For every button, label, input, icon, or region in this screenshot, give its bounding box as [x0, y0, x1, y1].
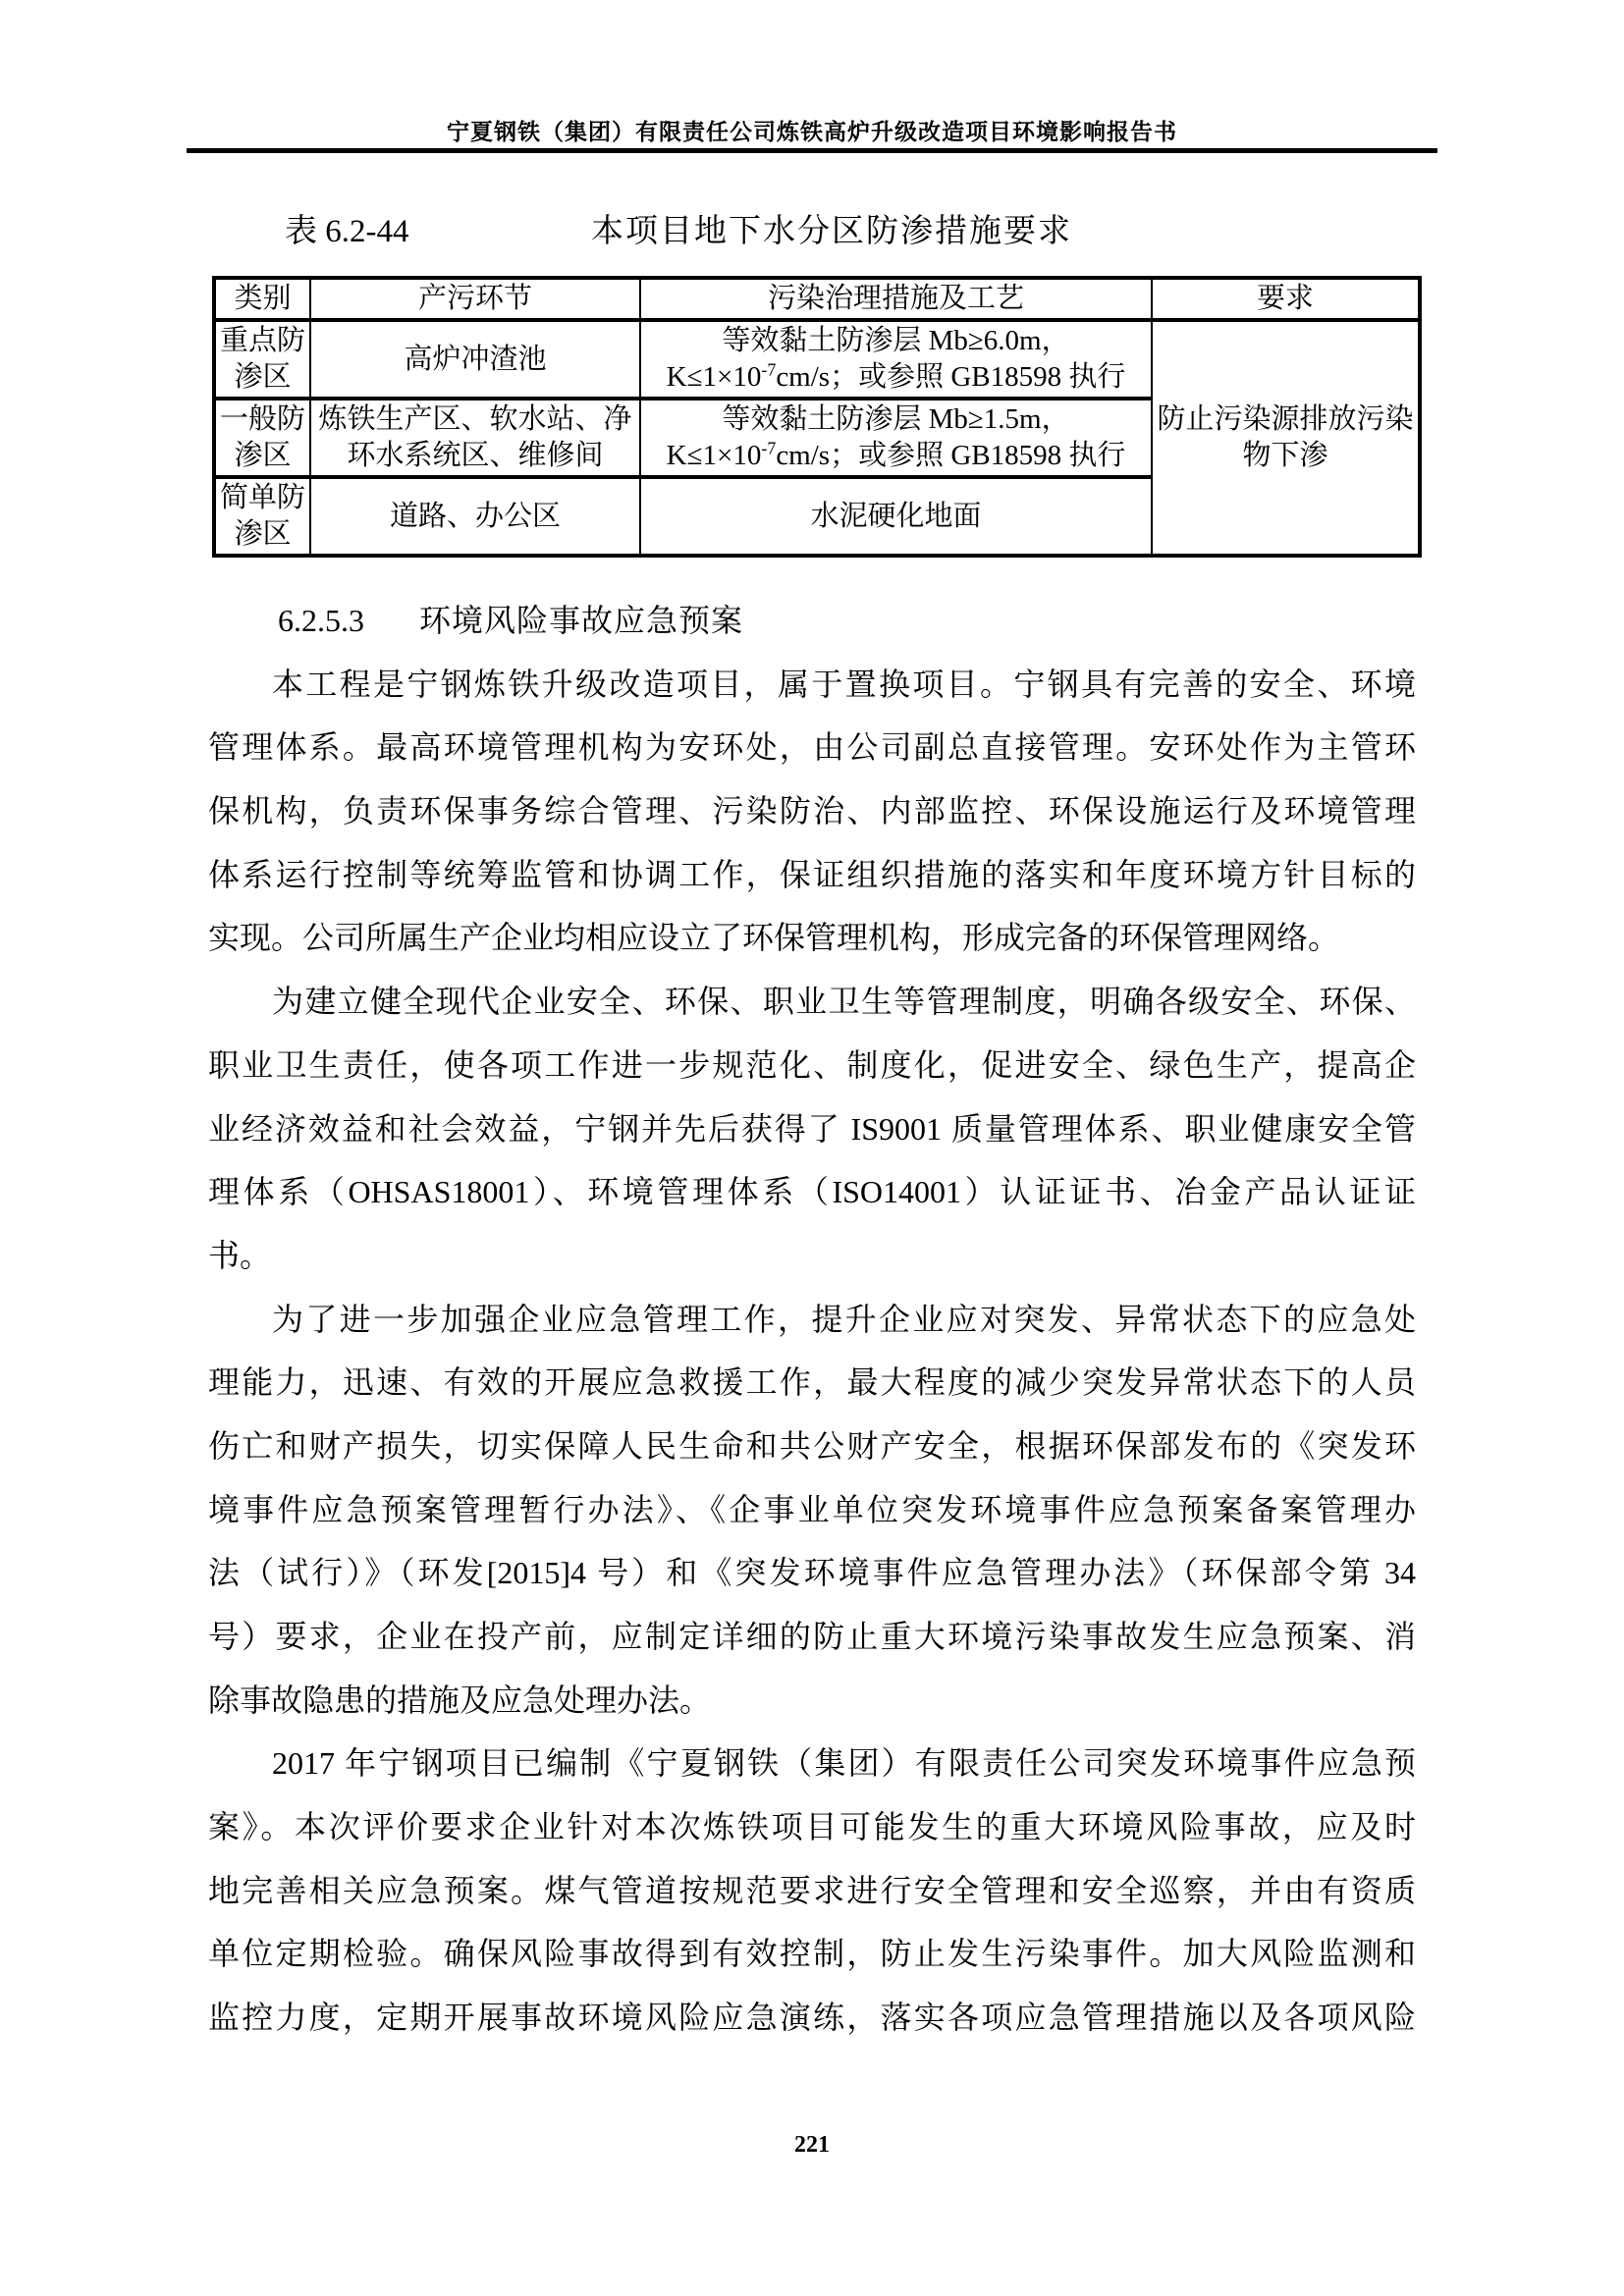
paragraph-line: 体系运行控制等统筹监管和协调工作，保证组织措施的落实和年度环境方针目标的 [208, 843, 1416, 907]
cell-source: 道路、办公区 [310, 477, 640, 556]
header-rule [187, 148, 1437, 153]
cell-measure: 等效黏土防渗层 Mb≥6.0m， K≤1×10-7cm/s；或参照 GB1859… [640, 320, 1152, 399]
table-caption-label: 表 6.2-44 [285, 210, 409, 253]
table-header-category: 类别 [214, 278, 310, 320]
k-value-suffix: cm/s；或参照 GB18598 执行 [776, 440, 1125, 471]
paragraph-line: 实现。公司所属生产企业均相应设立了环保管理机构，形成完备的环保管理网络。 [208, 906, 1416, 970]
cell-measure: 水泥硬化地面 [640, 477, 1152, 556]
measure-line2: K≤1×10-7cm/s；或参照 GB18598 执行 [645, 438, 1147, 474]
paragraph-line: 除事故隐患的措施及应急处理办法。 [208, 1669, 1416, 1733]
paragraph-line: 法（试行）》（环发[2015]4 号）和《突发环境事件应急管理办法》（环保部令第… [208, 1541, 1416, 1605]
paragraph-line: 本工程是宁钢炼铁升级改造项目，属于置换项目。宁钢具有完善的安全、环境 [208, 653, 1416, 717]
paragraph-line: 理能力，迅速、有效的开展应急救援工作，最大程度的减少突发异常状态下的人员 [208, 1351, 1416, 1415]
paragraph-line: 为建立健全现代企业安全、环保、职业卫生等管理制度，明确各级安全、环保、 [208, 970, 1416, 1034]
table-row-key-zone: 重点防渗区 高炉冲渣池 等效黏土防渗层 Mb≥6.0m， K≤1×10-7cm/… [214, 320, 1420, 399]
cell-category: 重点防渗区 [214, 320, 310, 399]
k-exponent: -7 [761, 438, 776, 457]
k-value-prefix: K≤1×10 [667, 440, 762, 471]
measure-line1: 等效黏土防渗层 Mb≥1.5m， [645, 401, 1147, 438]
paragraph-line: 单位定期检验。确保风险事故得到有效控制，防止发生污染事件。加大风险监测和 [208, 1922, 1416, 1986]
cell-source: 炼铁生产区、软水站、净环水系统区、维修间 [310, 399, 640, 477]
paragraph-line: 职业卫生责任，使各项工作进一步规范化、制度化，促进安全、绿色生产，提高企 [208, 1034, 1416, 1097]
paragraph-line: 管理体系。最高环境管理机构为安环处，由公司副总直接管理。安环处作为主管环 [208, 716, 1416, 779]
k-value-prefix: K≤1×10 [667, 361, 762, 393]
k-exponent: -7 [761, 359, 776, 379]
page-number: 221 [0, 2132, 1624, 2159]
k-value-suffix: cm/s；或参照 GB18598 执行 [776, 361, 1125, 393]
cell-category: 一般防渗区 [214, 399, 310, 477]
paragraph-line: 2017 年宁钢项目已编制《宁夏钢铁（集团）有限责任公司突发环境事件应急预 [208, 1732, 1416, 1795]
paragraph-line: 保机构，负责环保事务综合管理、污染防治、内部监控、环保设施运行及环境管理 [208, 779, 1416, 843]
paragraph-line: 案》。本次评价要求企业针对本次炼铁项目可能发生的重大环境风险事故，应及时 [208, 1795, 1416, 1859]
seepage-measures-table: 类别 产污环节 污染治理措施及工艺 要求 重点防渗区 高炉冲渣池 等效黏土防渗层… [212, 276, 1422, 558]
cell-source: 高炉冲渣池 [310, 320, 640, 399]
paragraph-line: 伤亡和财产损失，切实保障人民生命和共公财产安全，根据环保部发布的《突发环 [208, 1415, 1416, 1478]
measure-line1: 水泥硬化地面 [645, 499, 1147, 535]
paragraph-line: 境事件应急预案管理暂行办法》、《企事业单位突发环境事件应急预案备案管理办 [208, 1478, 1416, 1542]
paragraph-line: 为了进一步加强企业应急管理工作，提升企业应对突发、异常状态下的应急处 [208, 1288, 1416, 1352]
table-header-row: 类别 产污环节 污染治理措施及工艺 要求 [214, 278, 1420, 320]
paragraph-line: 理体系（OHSAS18001）、环境管理体系（ISO14001）认证证书、冶金产… [208, 1160, 1416, 1224]
paragraph-line: 地完善相关应急预案。煤气管道按规范要求进行安全管理和安全巡察，并由有资质 [208, 1859, 1416, 1923]
table-header-source: 产污环节 [310, 278, 640, 320]
cell-measure: 等效黏土防渗层 Mb≥1.5m， K≤1×10-7cm/s；或参照 GB1859… [640, 399, 1152, 477]
measure-line2: K≤1×10-7cm/s；或参照 GB18598 执行 [645, 359, 1147, 396]
cell-category: 简单防渗区 [214, 477, 310, 556]
paragraph-line: 号）要求，企业在投产前，应制定详细的防止重大环境污染事故发生应急预案、消 [208, 1605, 1416, 1669]
table-caption-title: 本项目地下水分区防渗措施要求 [591, 210, 1072, 253]
measure-line1: 等效黏土防渗层 Mb≥6.0m， [645, 323, 1147, 359]
paragraph-line: 业经济效益和社会效益，宁钢并先后获得了 IS9001 质量管理体系、职业健康安全… [208, 1097, 1416, 1161]
document-page: 宁夏钢铁（集团）有限责任公司炼铁高炉升级改造项目环境影响报告书 表 6.2-44… [0, 0, 1624, 2296]
table-header-requirement: 要求 [1152, 278, 1420, 320]
running-header-title: 宁夏钢铁（集团）有限责任公司炼铁高炉升级改造项目环境影响报告书 [0, 114, 1624, 146]
paragraph-line: 书。 [208, 1224, 1416, 1288]
cell-requirement: 防止污染源排放污染物下渗 [1152, 320, 1420, 556]
table-caption: 表 6.2-44 本项目地下水分区防渗措施要求 [208, 210, 1416, 253]
table-header-measure: 污染治理措施及工艺 [640, 278, 1152, 320]
section-title: 环境风险事故应急预案 [419, 603, 743, 638]
body-text: 6.2.5.3环境风险事故应急预案 本工程是宁钢炼铁升级改造项目，属于置换项目。… [208, 589, 1416, 2050]
section-heading: 6.2.5.3环境风险事故应急预案 [208, 589, 1416, 653]
section-number: 6.2.5.3 [278, 603, 364, 638]
paragraph-line: 监控力度，定期开展事故环境风险应急演练，落实各项应急管理措施以及各项风险 [208, 1986, 1416, 2050]
